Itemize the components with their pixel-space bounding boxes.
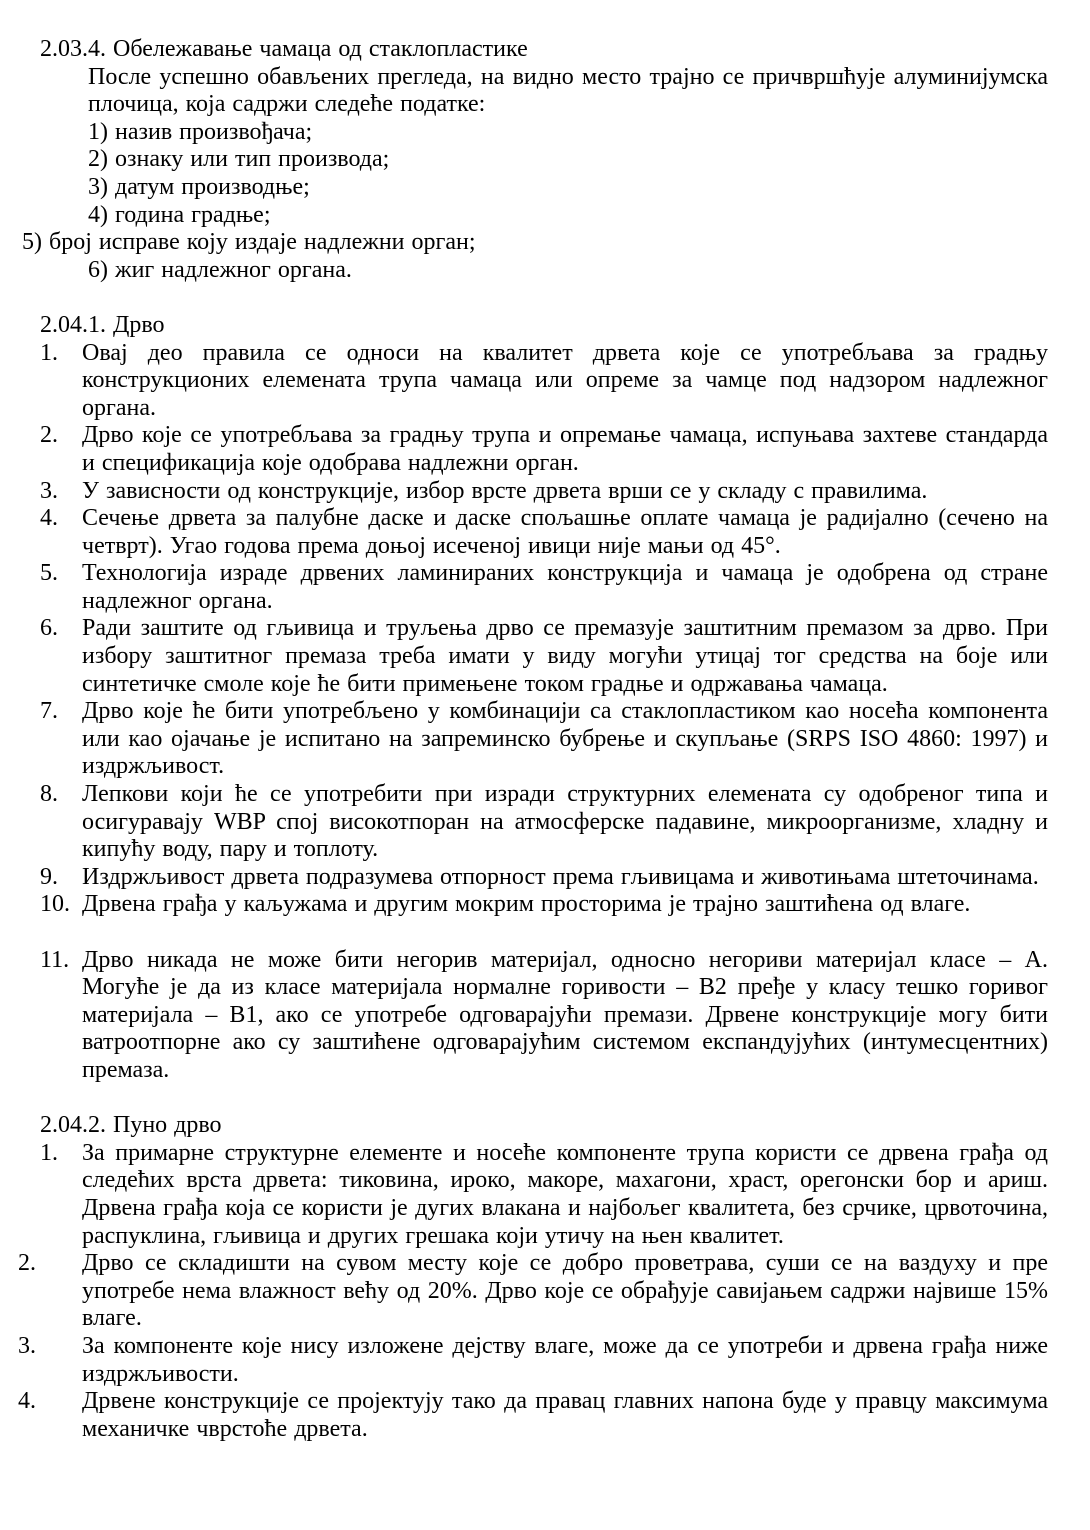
list-item: 4)година градње; [88, 202, 1048, 230]
item-marker: 3. [40, 478, 58, 506]
item-marker: 7. [40, 698, 58, 726]
item-text: Дрво које ће бити употребљено у комбинац… [82, 698, 1048, 779]
item-text: Лепкови који ће се употребити при изради… [82, 781, 1048, 862]
item-text: Сечење дрвета за палубне даске и даске с… [82, 505, 1048, 559]
item-text: назив произвођача; [115, 119, 312, 145]
item-marker: 6) [88, 257, 108, 283]
section-heading: 2.04.1. Дрво [40, 312, 1048, 340]
item-text: Дрво никада не може бити негорив материј… [82, 947, 1048, 1083]
list-item: 3.За компоненте које нису изложене дејст… [40, 1333, 1048, 1388]
item-marker: 6. [40, 615, 58, 643]
section-solid-wood: 2.04.2. Пуно дрво 1.За примарне структур… [40, 1112, 1048, 1443]
item-marker: 9. [40, 864, 58, 892]
item-marker: 2) [88, 146, 108, 172]
item-text: Дрво које се употребљава за градњу трупа… [82, 422, 1048, 476]
item-text: број исправе коју издаје надлежни орган; [49, 229, 476, 255]
list-item: 7.Дрво које ће бити употребљено у комбин… [40, 698, 1048, 781]
item-text: година градње; [115, 202, 271, 228]
item-text: ознаку или тип производа; [115, 146, 389, 172]
item-text: жиг надлежног органа. [115, 257, 352, 283]
list-item: 3.У зависности од конструкције, избор вр… [40, 478, 1048, 506]
item-marker: 4. [40, 505, 58, 533]
item-marker: 5) [22, 229, 42, 255]
list-item: 10.Дрвена грађа у каљужама и другим мокр… [40, 891, 1048, 919]
list-item: 2.Дрво које се употребљава за градњу тру… [40, 422, 1048, 477]
item-marker: 2. [18, 1250, 36, 1278]
list-item: 4.Дрвене конструкције се пројектују тако… [40, 1388, 1048, 1443]
list-item: 6)жиг надлежног органа. [88, 257, 1048, 285]
list-item: 1)назив произвођача; [88, 119, 1048, 147]
item-text: У зависности од конструкције, избор врст… [82, 478, 927, 504]
item-text: Овај део правила се односи на квалитет д… [82, 340, 1048, 421]
list-item: 11.Дрво никада не може бити негорив мате… [40, 947, 1048, 1085]
item-text: Дрвене конструкције се пројектују тако д… [82, 1388, 1048, 1442]
list-item: 9.Издржљивост дрвета подразумева отпорно… [40, 864, 1048, 892]
section-marking-fiberglass-boats: 2.03.4. Обележавање чамаца од стаклоплас… [40, 36, 1048, 284]
item-marker: 2. [40, 422, 58, 450]
item-text: За примарне структурне елементе и носеће… [82, 1140, 1048, 1249]
item-text: Технологија израде дрвених ламинираних к… [82, 560, 1048, 614]
list-item: 1.За примарне структурне елементе и носе… [40, 1140, 1048, 1250]
section-wood: 2.04.1. Дрво 1.Овај део правила се однос… [40, 312, 1048, 1085]
list-item: 3)датум производње; [88, 174, 1048, 202]
item-marker: 1. [40, 340, 58, 368]
list-item: 8.Лепкови који ће се употребити при изра… [40, 781, 1048, 864]
list-item: 6.Ради заштите од гљивица и труљења дрво… [40, 615, 1048, 698]
item-marker: 11. [40, 947, 69, 975]
list-item: 2.Дрво се складишти на сувом месту које … [40, 1250, 1048, 1333]
item-text: Ради заштите од гљивица и труљења дрво с… [82, 615, 1048, 696]
item-marker: 3) [88, 174, 108, 200]
list-item: 4.Сечење дрвета за палубне даске и даске… [40, 505, 1048, 560]
document-page: 2.03.4. Обележавање чамаца од стаклоплас… [40, 36, 1048, 1443]
item-text: Дрвена грађа у каљужама и другим мокрим … [82, 891, 970, 917]
list-item: 5.Технологија израде дрвених ламинираних… [40, 560, 1048, 615]
item-text: Издржљивост дрвета подразумева отпорност… [82, 864, 1039, 890]
item-marker: 10. [40, 891, 70, 919]
item-marker: 8. [40, 781, 58, 809]
item-marker: 1) [88, 119, 108, 145]
item-marker: 1. [40, 1140, 58, 1168]
item-marker: 4. [18, 1388, 36, 1416]
item-text: Дрво се складишти на сувом месту које се… [82, 1250, 1048, 1331]
section-heading: 2.03.4. Обележавање чамаца од стаклоплас… [40, 36, 1048, 64]
list-item: 2)ознаку или тип производа; [88, 146, 1048, 174]
item-marker: 5. [40, 560, 58, 588]
list-item: 1.Овај део правила се односи на квалитет… [40, 340, 1048, 423]
item-text: За компоненте које нису изложене дејству… [82, 1333, 1048, 1387]
intro-paragraph: После успешно обављених прегледа, на вид… [88, 64, 1048, 119]
list-item: 5)број исправе коју издаје надлежни орга… [22, 229, 1048, 257]
item-marker: 4) [88, 202, 108, 228]
item-marker: 3. [18, 1333, 36, 1361]
item-text: датум производње; [115, 174, 310, 200]
section-heading: 2.04.2. Пуно дрво [40, 1112, 1048, 1140]
